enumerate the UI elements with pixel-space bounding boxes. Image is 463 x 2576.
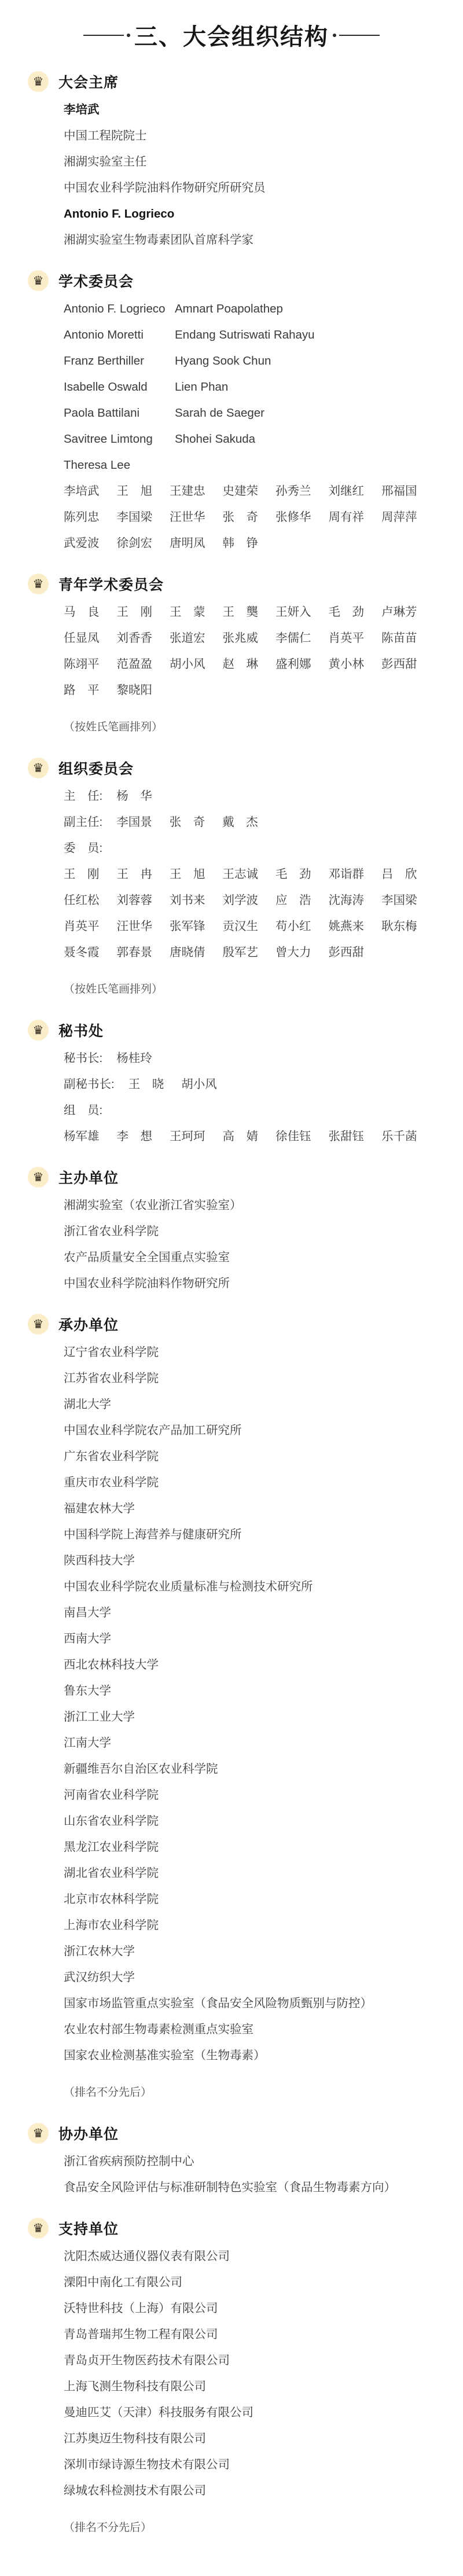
member-name: 胡小风	[181, 1071, 217, 1097]
member-name: 邓诣群	[329, 861, 365, 887]
organization-item: 溧阳中南化工有限公司	[64, 2269, 442, 2295]
organization-item: 西南大学	[64, 1626, 442, 1652]
person-titles: 湘湖实验室生物毒素团队首席科学家	[64, 227, 442, 253]
youth-body: 马 良 王 刚 王 蒙 王 龑 王妍入 毛 劲 卢琳芳	[0, 599, 463, 740]
member-name: 路 平	[64, 677, 100, 703]
member-name: 张军锋	[170, 913, 205, 939]
member-name: 王志诚	[223, 861, 259, 887]
co-organizer-list: 浙江省疾病预防控制中心 食品安全风险评估与标准研制特色实验室（食品生物毒素方向）	[0, 2148, 463, 2200]
organization-item: 西北农林科技大学	[64, 1652, 442, 1678]
secretariat-member-rows: 杨军雄 李 想 王珂珂 高 婧 徐佳钰 张甜钰 乐千菡	[64, 1123, 442, 1149]
intl-member-name: Amnart Poapolathep	[175, 296, 442, 322]
member-name: 王珂珂	[170, 1123, 205, 1149]
deputy-label: 副主任:	[64, 809, 102, 835]
chairman-person: 李培武 中国工程院院士 湘湖实验室主任 中国农业科学院油料作物研究所研究员	[64, 97, 442, 201]
member-name: 黄小林	[329, 651, 365, 677]
member-name: 乐千菡	[381, 1123, 417, 1149]
organization-item: 中国农业科学院农业质量标准与检测技术研究所	[64, 1574, 442, 1600]
name-row: 陈列忠 李国梁 汪世华 张 奇 张修华 周有祥 周萍萍	[64, 504, 442, 530]
name-row: 李培武 王 旭 王建忠 史建荣 孙秀兰 刘继红 邢福国	[64, 478, 442, 504]
organization-item: 北京市农林科学院	[64, 1886, 442, 1912]
intl-member-name: Theresa Lee	[64, 452, 175, 478]
secretary-general-label: 秘书长:	[64, 1045, 102, 1071]
member-name: 范盈盈	[117, 651, 153, 677]
section-heading: 协办单位	[58, 2123, 119, 2144]
organizers-body: 辽宁省农业科学院 江苏省农业科学院 湖北大学 中国农业科学院农产品加工研究所 广…	[0, 1339, 463, 2105]
member-name: 殷军艺	[223, 939, 259, 965]
section-chairman-header: ♛ 大会主席	[0, 69, 463, 94]
member-name: 周有祥	[329, 504, 365, 530]
member-name: 王 旭	[170, 861, 205, 887]
member-name: 韩 铮	[223, 530, 259, 556]
organization-item: 深圳市绿诗源生物技术有限公司	[64, 2452, 442, 2478]
crown-icon: ♛	[28, 71, 49, 92]
organization-item: 中国农业科学院油料作物研究所	[64, 1270, 442, 1296]
member-name: 王 旭	[117, 478, 153, 504]
organization-item: 国家农业检测基准实验室（生物毒素）	[64, 2042, 442, 2068]
crown-icon: ♛	[28, 2218, 49, 2239]
member-name: 戴 杰	[222, 809, 258, 835]
member-name: 张甜钰	[329, 1123, 365, 1149]
member-name: 王 龑	[223, 599, 259, 625]
member-name: 李国梁	[381, 887, 417, 913]
person-titles: 中国工程院院士 湘湖实验室主任 中国农业科学院油料作物研究所研究员	[64, 123, 442, 201]
intl-member-name: Lien Phan	[175, 374, 442, 400]
organization-item: 南昌大学	[64, 1600, 442, 1626]
organization-item: 浙江省农业科学院	[64, 1218, 442, 1244]
member-name: 陈列忠	[64, 504, 100, 530]
name-row: 马 良 王 刚 王 蒙 王 龑 王妍入 毛 劲 卢琳芳	[64, 599, 442, 625]
group-member-label-row: 组 员:	[64, 1097, 442, 1123]
member-name: 李 想	[117, 1123, 153, 1149]
youth-rows: 马 良 王 刚 王 蒙 王 龑 王妍入 毛 劲 卢琳芳	[64, 599, 442, 703]
member-name: 汪世华	[170, 504, 205, 530]
section-heading: 支持单位	[58, 2218, 119, 2239]
section-organizers-header: ♛ 承办单位	[0, 1311, 463, 1337]
intl-member-name: Endang Sutriswati Rahayu	[175, 322, 442, 348]
member-name: 胡小风	[170, 651, 205, 677]
member-name: 唐明凤	[170, 530, 205, 556]
member-name: 邢福国	[381, 478, 417, 504]
organization-item: 河南省农业科学院	[64, 1782, 442, 1808]
intl-member-name: Sarah de Saeger	[175, 400, 442, 426]
section-heading: 组织委员会	[58, 758, 134, 778]
intl-member-name: Isabelle Oswald	[64, 374, 175, 400]
section-organizing-committee: ♛ 组织委员会 主 任: 杨 华 副主任: 李国景张 奇戴 杰 委 员:	[0, 755, 463, 1002]
chairman-list: 李培武 中国工程院院士 湘湖实验室主任 中国农业科学院油料作物研究所研究员 An…	[0, 97, 463, 253]
member-name: 刘蓉蓉	[117, 887, 153, 913]
member-name: 卢琳芳	[381, 599, 417, 625]
secretariat-body: 秘书长: 杨桂玲 副秘书长: 王 晓胡小风 组 员: 杨军雄	[0, 1045, 463, 1149]
title-left-line	[83, 35, 124, 36]
person-name: 李培武	[64, 97, 442, 123]
host-list: 湘湖实验室（农业浙江省实验室） 浙江省农业科学院 农产品质量安全全国重点实验室 …	[0, 1192, 463, 1296]
member-name: 杨军雄	[64, 1123, 100, 1149]
organization-item: 中国农业科学院农产品加工研究所	[64, 1417, 442, 1443]
page: 三、大会组织结构 ♛ 大会主席 李培武 中国工程院院士 湘湖实验室主任	[0, 0, 463, 2576]
crown-icon: ♛	[28, 1020, 49, 1041]
member-name: 刘学波	[223, 887, 259, 913]
member-name: 史建荣	[223, 478, 259, 504]
member-name: 应 浩	[275, 887, 311, 913]
section-heading: 大会主席	[58, 71, 119, 92]
person-title: 中国工程院院士	[64, 123, 442, 149]
chairman-person: Antonio F. Logrieco 湘湖实验室生物毒素团队首席科学家	[64, 201, 442, 253]
secretary-general-name: 杨桂玲	[116, 1045, 152, 1071]
member-name: 李儒仁	[275, 625, 311, 651]
crown-icon: ♛	[28, 270, 49, 291]
name-row: 任显凤 刘香香 张道宏 张兆威 李儒仁 肖英平 陈苗苗	[64, 625, 442, 651]
member-name: 彭西甜	[329, 939, 365, 965]
organization-item: 上海市农业科学院	[64, 1912, 442, 1938]
intl-member-name: Paola Battilani	[64, 400, 175, 426]
group-member-label: 组 员:	[64, 1097, 102, 1123]
member-name: 刘香香	[117, 625, 153, 651]
person-name: Antonio F. Logrieco	[64, 201, 442, 227]
stroke-order-note: （按姓氏笔画排列）	[64, 714, 442, 740]
section-heading: 秘书处	[58, 1020, 104, 1041]
intl-member-name: Savitree Limtong	[64, 426, 175, 452]
section-academic-committee: ♛ 学术委员会 Antonio F. Logrieco Antonio More…	[0, 268, 463, 556]
member-name: 刘继红	[329, 478, 365, 504]
member-name: 王 刚	[64, 861, 100, 887]
member-name: 张修华	[275, 504, 311, 530]
crown-icon: ♛	[28, 758, 49, 778]
section-heading: 主办单位	[58, 1167, 119, 1188]
organization-item: 浙江省疾病预防控制中心	[64, 2148, 442, 2174]
intl-member-name: Antonio F. Logrieco	[64, 296, 175, 322]
international-member-grid: Antonio F. Logrieco Antonio Moretti Fran…	[64, 296, 442, 478]
member-name: 李国梁	[117, 504, 153, 530]
no-ranking-note: （排名不分先后）	[64, 2079, 442, 2105]
name-row: 任红松 刘蓉蓉 刘书来 刘学波 应 浩 沈海涛 李国梁	[64, 887, 442, 913]
member-name: 李国景	[116, 809, 152, 835]
member-name: 武爱波	[64, 530, 100, 556]
person-title: 湘湖实验室生物毒素团队首席科学家	[64, 227, 442, 253]
member-name: 张 奇	[223, 504, 259, 530]
member-name: 毛 劲	[329, 599, 365, 625]
member-name: 徐剑宏	[117, 530, 153, 556]
member-name: 刘书来	[170, 887, 205, 913]
deputy-names: 李国景张 奇戴 杰	[116, 809, 258, 835]
organization-item: 福建农林大学	[64, 1495, 442, 1522]
organization-item: 鲁东大学	[64, 1678, 442, 1704]
crown-icon: ♛	[28, 1314, 49, 1335]
supporters-body: 沈阳杰威达通仪器仪表有限公司 溧阳中南化工有限公司 沃特世科技（上海）有限公司 …	[0, 2243, 463, 2541]
name-row: 杨军雄 李 想 王珂珂 高 婧 徐佳钰 张甜钰 乐千菡	[64, 1123, 442, 1149]
member-name: 彭西甜	[381, 651, 417, 677]
member-name: 王妍入	[275, 599, 311, 625]
member-name: 孙秀兰	[275, 478, 311, 504]
crown-icon: ♛	[28, 2123, 49, 2144]
member-name: 黎晓阳	[117, 677, 153, 703]
section-youth-committee: ♛ 青年学术委员会 马 良 王 刚 王 蒙 王 龑	[0, 571, 463, 740]
section-co-organizers-header: ♛ 协办单位	[0, 2121, 463, 2146]
deputy-director-row: 副主任: 李国景张 奇戴 杰	[64, 809, 442, 835]
member-name: 吕 欣	[381, 861, 417, 887]
director-label: 主 任:	[64, 783, 102, 809]
organization-item: 湖北省农业科学院	[64, 1860, 442, 1886]
member-name: 陈苗苗	[381, 625, 417, 651]
member-name: 盛利娜	[275, 651, 311, 677]
member-name: 肖英平	[64, 913, 100, 939]
academic-cn-rows: 李培武 王 旭 王建忠 史建荣 孙秀兰 刘继红 邢福国	[64, 478, 442, 556]
deputy-secretary-label: 副秘书长:	[64, 1071, 115, 1097]
director-name: 杨 华	[116, 783, 152, 809]
organization-item: 湘湖实验室（农业浙江省实验室）	[64, 1192, 442, 1218]
person-title: 中国农业科学院油料作物研究所研究员	[64, 175, 442, 201]
member-name: 任显凤	[64, 625, 100, 651]
intl-member-name: Antonio Moretti	[64, 322, 175, 348]
member-name: 王 蒙	[170, 599, 205, 625]
member-name: 苟小红	[275, 913, 311, 939]
deputy-secretary-row: 副秘书长: 王 晓胡小风	[64, 1071, 442, 1097]
organization-item: 沈阳杰威达通仪器仪表有限公司	[64, 2243, 442, 2269]
organization-item: 广东省农业科学院	[64, 1443, 442, 1469]
member-name: 汪世华	[117, 913, 153, 939]
section-academic-header: ♛ 学术委员会	[0, 268, 463, 293]
deputy-secretary-names: 王 晓胡小风	[128, 1071, 217, 1097]
member-name: 马 良	[64, 599, 100, 625]
organization-item: 武汉纺织大学	[64, 1964, 442, 1990]
member-label-row: 委 员:	[64, 835, 442, 861]
name-row: 路 平 黎晓阳	[64, 677, 442, 703]
section-heading: 承办单位	[58, 1314, 119, 1335]
member-name: 沈海涛	[329, 887, 365, 913]
intl-member-name: Hyang Sook Chun	[175, 348, 442, 374]
member-name: 耿东梅	[381, 913, 417, 939]
organization-item: 上海飞测生物科技有限公司	[64, 2373, 442, 2399]
member-name: 赵 琳	[223, 651, 259, 677]
person-title: 湘湖实验室主任	[64, 149, 442, 175]
organization-item: 辽宁省农业科学院	[64, 1339, 442, 1365]
section-co-organizers: ♛ 协办单位 浙江省疾病预防控制中心 食品安全风险评估与标准研制特色实验室（食品…	[0, 2121, 463, 2200]
organization-item: 浙江农林大学	[64, 1938, 442, 1964]
name-row: 武爱波 徐剑宏 唐明凤 韩 铮	[64, 530, 442, 556]
organization-item: 中国科学院上海营养与健康研究所	[64, 1522, 442, 1548]
title-right-line	[339, 35, 380, 36]
member-name: 王 刚	[117, 599, 153, 625]
member-name: 王建忠	[170, 478, 205, 504]
member-name: 唐晓倩	[170, 939, 205, 965]
intl-member-name: Franz Berthiller	[64, 348, 175, 374]
organization-item: 浙江工业大学	[64, 1704, 442, 1730]
secretary-general-row: 秘书长: 杨桂玲	[64, 1045, 442, 1071]
no-ranking-note: （排名不分先后）	[64, 2515, 442, 2541]
page-title-row: 三、大会组织结构	[0, 19, 463, 52]
member-name: 周萍萍	[381, 504, 417, 530]
section-secretariat-header: ♛ 秘书处	[0, 1017, 463, 1043]
organization-item: 江苏省农业科学院	[64, 1365, 442, 1391]
organization-item: 曼迪匹艾（天津）科技服务有限公司	[64, 2399, 442, 2426]
name-row: 肖英平 汪世华 张军锋 贡汉生 苟小红 姚燕来 耿东梅	[64, 913, 442, 939]
organization-item: 食品安全风险评估与标准研制特色实验室（食品生物毒素方向）	[64, 2174, 442, 2200]
member-label: 委 员:	[64, 835, 102, 861]
organization-item: 农产品质量安全全国重点实验室	[64, 1244, 442, 1270]
member-name: 贡汉生	[223, 913, 259, 939]
page-title-text: 三、大会组织结构	[134, 19, 329, 52]
member-name: 王 冉	[117, 861, 153, 887]
organization-item: 青岛普瑞邦生物工程有限公司	[64, 2321, 442, 2347]
stroke-order-note: （按姓氏笔画排列）	[64, 976, 442, 1002]
member-name: 任红松	[64, 887, 100, 913]
section-heading: 青年学术委员会	[58, 574, 164, 594]
member-name: 聂冬霞	[64, 939, 100, 965]
organization-item: 国家市场监管重点实验室（食品安全风险物质甄别与防控）	[64, 1990, 442, 2016]
section-secretariat: ♛ 秘书处 秘书长: 杨桂玲 副秘书长: 王 晓胡小风 组 员:	[0, 1017, 463, 1149]
member-name: 高 婧	[223, 1123, 259, 1149]
organizing-member-rows: 王 刚 王 冉 王 旭 王志诚 毛 劲 邓诣群 吕 欣	[64, 861, 442, 965]
crown-icon: ♛	[28, 1167, 49, 1188]
name-row: 聂冬霞 郭春景 唐晓倩 殷军艺 曾大力 彭西甜	[64, 939, 442, 965]
organization-item: 江苏奥迈生物科技有限公司	[64, 2426, 442, 2452]
organization-item: 陕西科技大学	[64, 1548, 442, 1574]
section-hosts-header: ♛ 主办单位	[0, 1164, 463, 1190]
member-name: 王 晓	[128, 1071, 164, 1097]
section-supporters: ♛ 支持单位 沈阳杰威达通仪器仪表有限公司 溧阳中南化工有限公司 沃特世科技（上…	[0, 2215, 463, 2541]
member-name: 郭春景	[117, 939, 153, 965]
organization-item: 沃特世科技（上海）有限公司	[64, 2295, 442, 2321]
section-hosts: ♛ 主办单位 湘湖实验室（农业浙江省实验室） 浙江省农业科学院 农产品质量安全全…	[0, 1164, 463, 1296]
organization-item: 青岛贞开生物医药技术有限公司	[64, 2347, 442, 2373]
member-name: 陈翊平	[64, 651, 100, 677]
member-name: 姚燕来	[329, 913, 365, 939]
section-heading: 学术委员会	[58, 270, 134, 291]
organizing-body: 主 任: 杨 华 副主任: 李国景张 奇戴 杰 委 员: 王 刚	[0, 783, 463, 1002]
organization-item: 山东省农业科学院	[64, 1808, 442, 1834]
organization-item: 绿城农科检测技术有限公司	[64, 2478, 442, 2504]
organization-item: 江南大学	[64, 1730, 442, 1756]
supporter-list: 沈阳杰威达通仪器仪表有限公司 溧阳中南化工有限公司 沃特世科技（上海）有限公司 …	[64, 2243, 442, 2504]
organization-item: 黑龙江农业科学院	[64, 1834, 442, 1860]
member-name: 肖英平	[329, 625, 365, 651]
section-youth-header: ♛ 青年学术委员会	[0, 571, 463, 597]
member-name: 毛 劲	[275, 861, 311, 887]
director-row: 主 任: 杨 华	[64, 783, 442, 809]
member-name: 曾大力	[275, 939, 311, 965]
organization-item: 农业农村部生物毒素检测重点实验室	[64, 2016, 442, 2042]
organizer-list: 辽宁省农业科学院 江苏省农业科学院 湖北大学 中国农业科学院农产品加工研究所 广…	[64, 1339, 442, 2068]
name-row: 陈翊平 范盈盈 胡小风 赵 琳 盛利娜 黄小林 彭西甜	[64, 651, 442, 677]
section-organizing-header: ♛ 组织委员会	[0, 755, 463, 781]
member-name: 张 奇	[170, 809, 205, 835]
name-row: 王 刚 王 冉 王 旭 王志诚 毛 劲 邓诣群 吕 欣	[64, 861, 442, 887]
crown-icon: ♛	[28, 574, 49, 594]
academic-body: Antonio F. Logrieco Antonio Moretti Fran…	[0, 296, 463, 556]
section-chairman: ♛ 大会主席 李培武 中国工程院院士 湘湖实验室主任 中国农业科学院油料作物研究…	[0, 69, 463, 253]
member-name: 李培武	[64, 478, 100, 504]
member-name: 徐佳钰	[275, 1123, 311, 1149]
organization-item: 湖北大学	[64, 1391, 442, 1417]
member-name: 张道宏	[170, 625, 205, 651]
organization-item: 新疆维吾尔自治区农业科学院	[64, 1756, 442, 1782]
section-supporters-header: ♛ 支持单位	[0, 2215, 463, 2241]
section-organizers: ♛ 承办单位 辽宁省农业科学院 江苏省农业科学院 湖北大学 中国农业科学院农产品…	[0, 1311, 463, 2105]
intl-member-name: Shohei Sakuda	[175, 426, 442, 452]
member-name: 张兆威	[223, 625, 259, 651]
organization-item: 重庆市农业科学院	[64, 1469, 442, 1495]
